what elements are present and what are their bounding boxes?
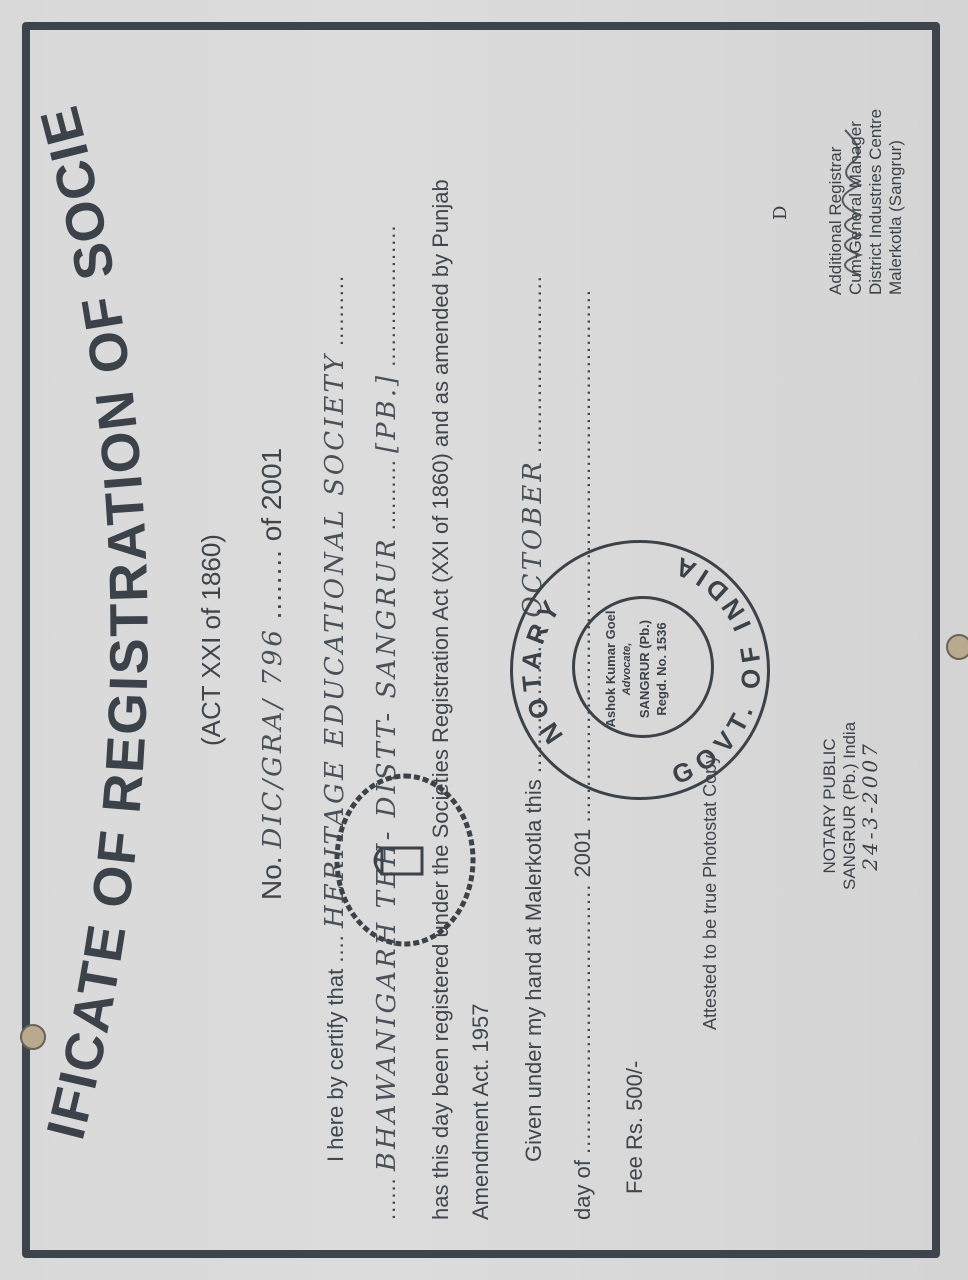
regno-prefix: No. (256, 856, 287, 900)
dots: ...................................... (570, 884, 595, 1154)
notary-location: SANGRUR (Pb.) India (840, 722, 860, 890)
body-line-3: has this day been registered under the S… (428, 179, 454, 1220)
punch-hole (946, 634, 968, 660)
dots: .......... (323, 275, 348, 346)
year-text: 2001 (570, 829, 595, 878)
fee-text: Fee Rs. 500/- (622, 1061, 648, 1194)
signatory-mark: D (770, 206, 791, 220)
signatory-line: Malerkotla (Sangrur) (886, 109, 906, 295)
given-under-text: Given under my hand at Malerkotla this (521, 779, 546, 1162)
certify-text: I here by certify that (323, 969, 348, 1162)
act-subtitle: (ACT XXI of 1860) (196, 0, 227, 1280)
body-line-4: Amendment Act. 1957 (468, 1004, 494, 1220)
svg-text:NOTARY: NOTARY (515, 590, 569, 749)
emblem-stamp (330, 770, 480, 950)
notary-title: NOTARY PUBLIC (820, 722, 840, 890)
regno-handwritten: DIC/GRA/ 796 (258, 627, 288, 849)
body-line-2: ...... BHAWANIGARH TEH- DISTT- SANGRUR .… (372, 224, 402, 1220)
signatory-line: Cum-General Manager (846, 109, 866, 295)
certificate-title: CERTIFICATE OF REGISTRATION OF SOCIETIES (40, 100, 190, 1170)
dots: ...... (375, 1177, 400, 1220)
attestation-date: 24-3-2007 (860, 722, 880, 890)
regno-suffix: of 2001 (256, 448, 287, 541)
attestation-text: Attested to be true Photostat Copy (700, 755, 721, 1030)
signatory-line: District Industries Centre (866, 109, 886, 295)
punch-hole (20, 1024, 46, 1050)
registration-number: No. DIC/GRA/ 796 ........ of 2001 (256, 448, 288, 900)
dots: .......... (375, 459, 400, 530)
signatory-block: Additional Registrar Cum-General Manager… (826, 109, 906, 295)
notary-block: NOTARY PUBLIC SANGRUR (Pb.) India 24-3-2… (820, 722, 880, 890)
dots: .................... (375, 224, 400, 366)
signatory-line: Additional Registrar (826, 109, 846, 295)
day-of-text: day of (570, 1160, 595, 1220)
society-state: [PB.] (372, 373, 402, 453)
body-line-1: I here by certify that .... HERITAGE EDU… (320, 275, 350, 1162)
certificate-page: CERTIFICATE OF REGISTRATION OF SOCIETIES… (0, 0, 968, 1280)
notary-stamp: Ashok Kumar Goel Advocate, SANGRUR (Pb.)… (510, 540, 770, 800)
regno-dots: ........ (256, 549, 287, 619)
title-text: CERTIFICATE OF REGISTRATION OF SOCIETIES (40, 100, 160, 1170)
dots: ......................... (521, 275, 546, 453)
